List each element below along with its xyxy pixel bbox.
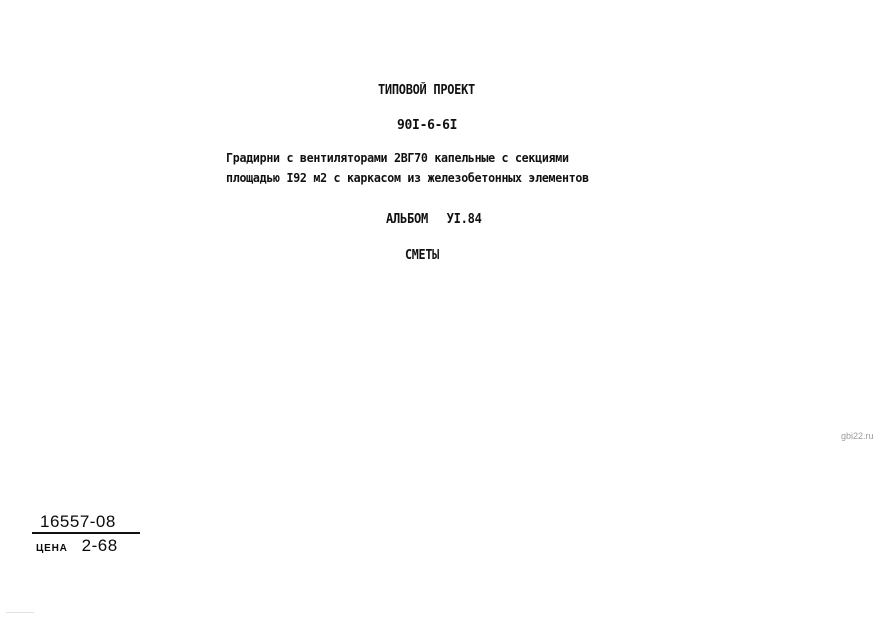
description-line-1: Градирни с вентиляторами 2ВГ70 капельные… [226, 150, 569, 165]
watermark: gbi22.ru [841, 431, 874, 441]
section-title: СМЕТЫ [405, 248, 439, 263]
project-number: 90I-6-6I [397, 118, 457, 133]
album-number: УI.84 [447, 212, 482, 227]
album-label: АЛЬБОМ [386, 212, 428, 227]
scan-artifact [6, 612, 34, 613]
stamp-price-row: ЦЕНА 2-68 [32, 536, 140, 556]
description-line-2: площадью I92 м2 с каркасом из железобето… [226, 170, 589, 185]
stamp-price-value: 2-68 [82, 536, 118, 556]
album-info: АЛЬБОМУI.84 [386, 212, 482, 227]
stamp-price-label: ЦЕНА [36, 543, 68, 554]
stamp-code: 16557-08 [32, 512, 140, 534]
price-stamp: 16557-08 ЦЕНА 2-68 [32, 512, 140, 556]
document-title: ТИПОВОЙ ПРОЕКТ [378, 83, 475, 98]
